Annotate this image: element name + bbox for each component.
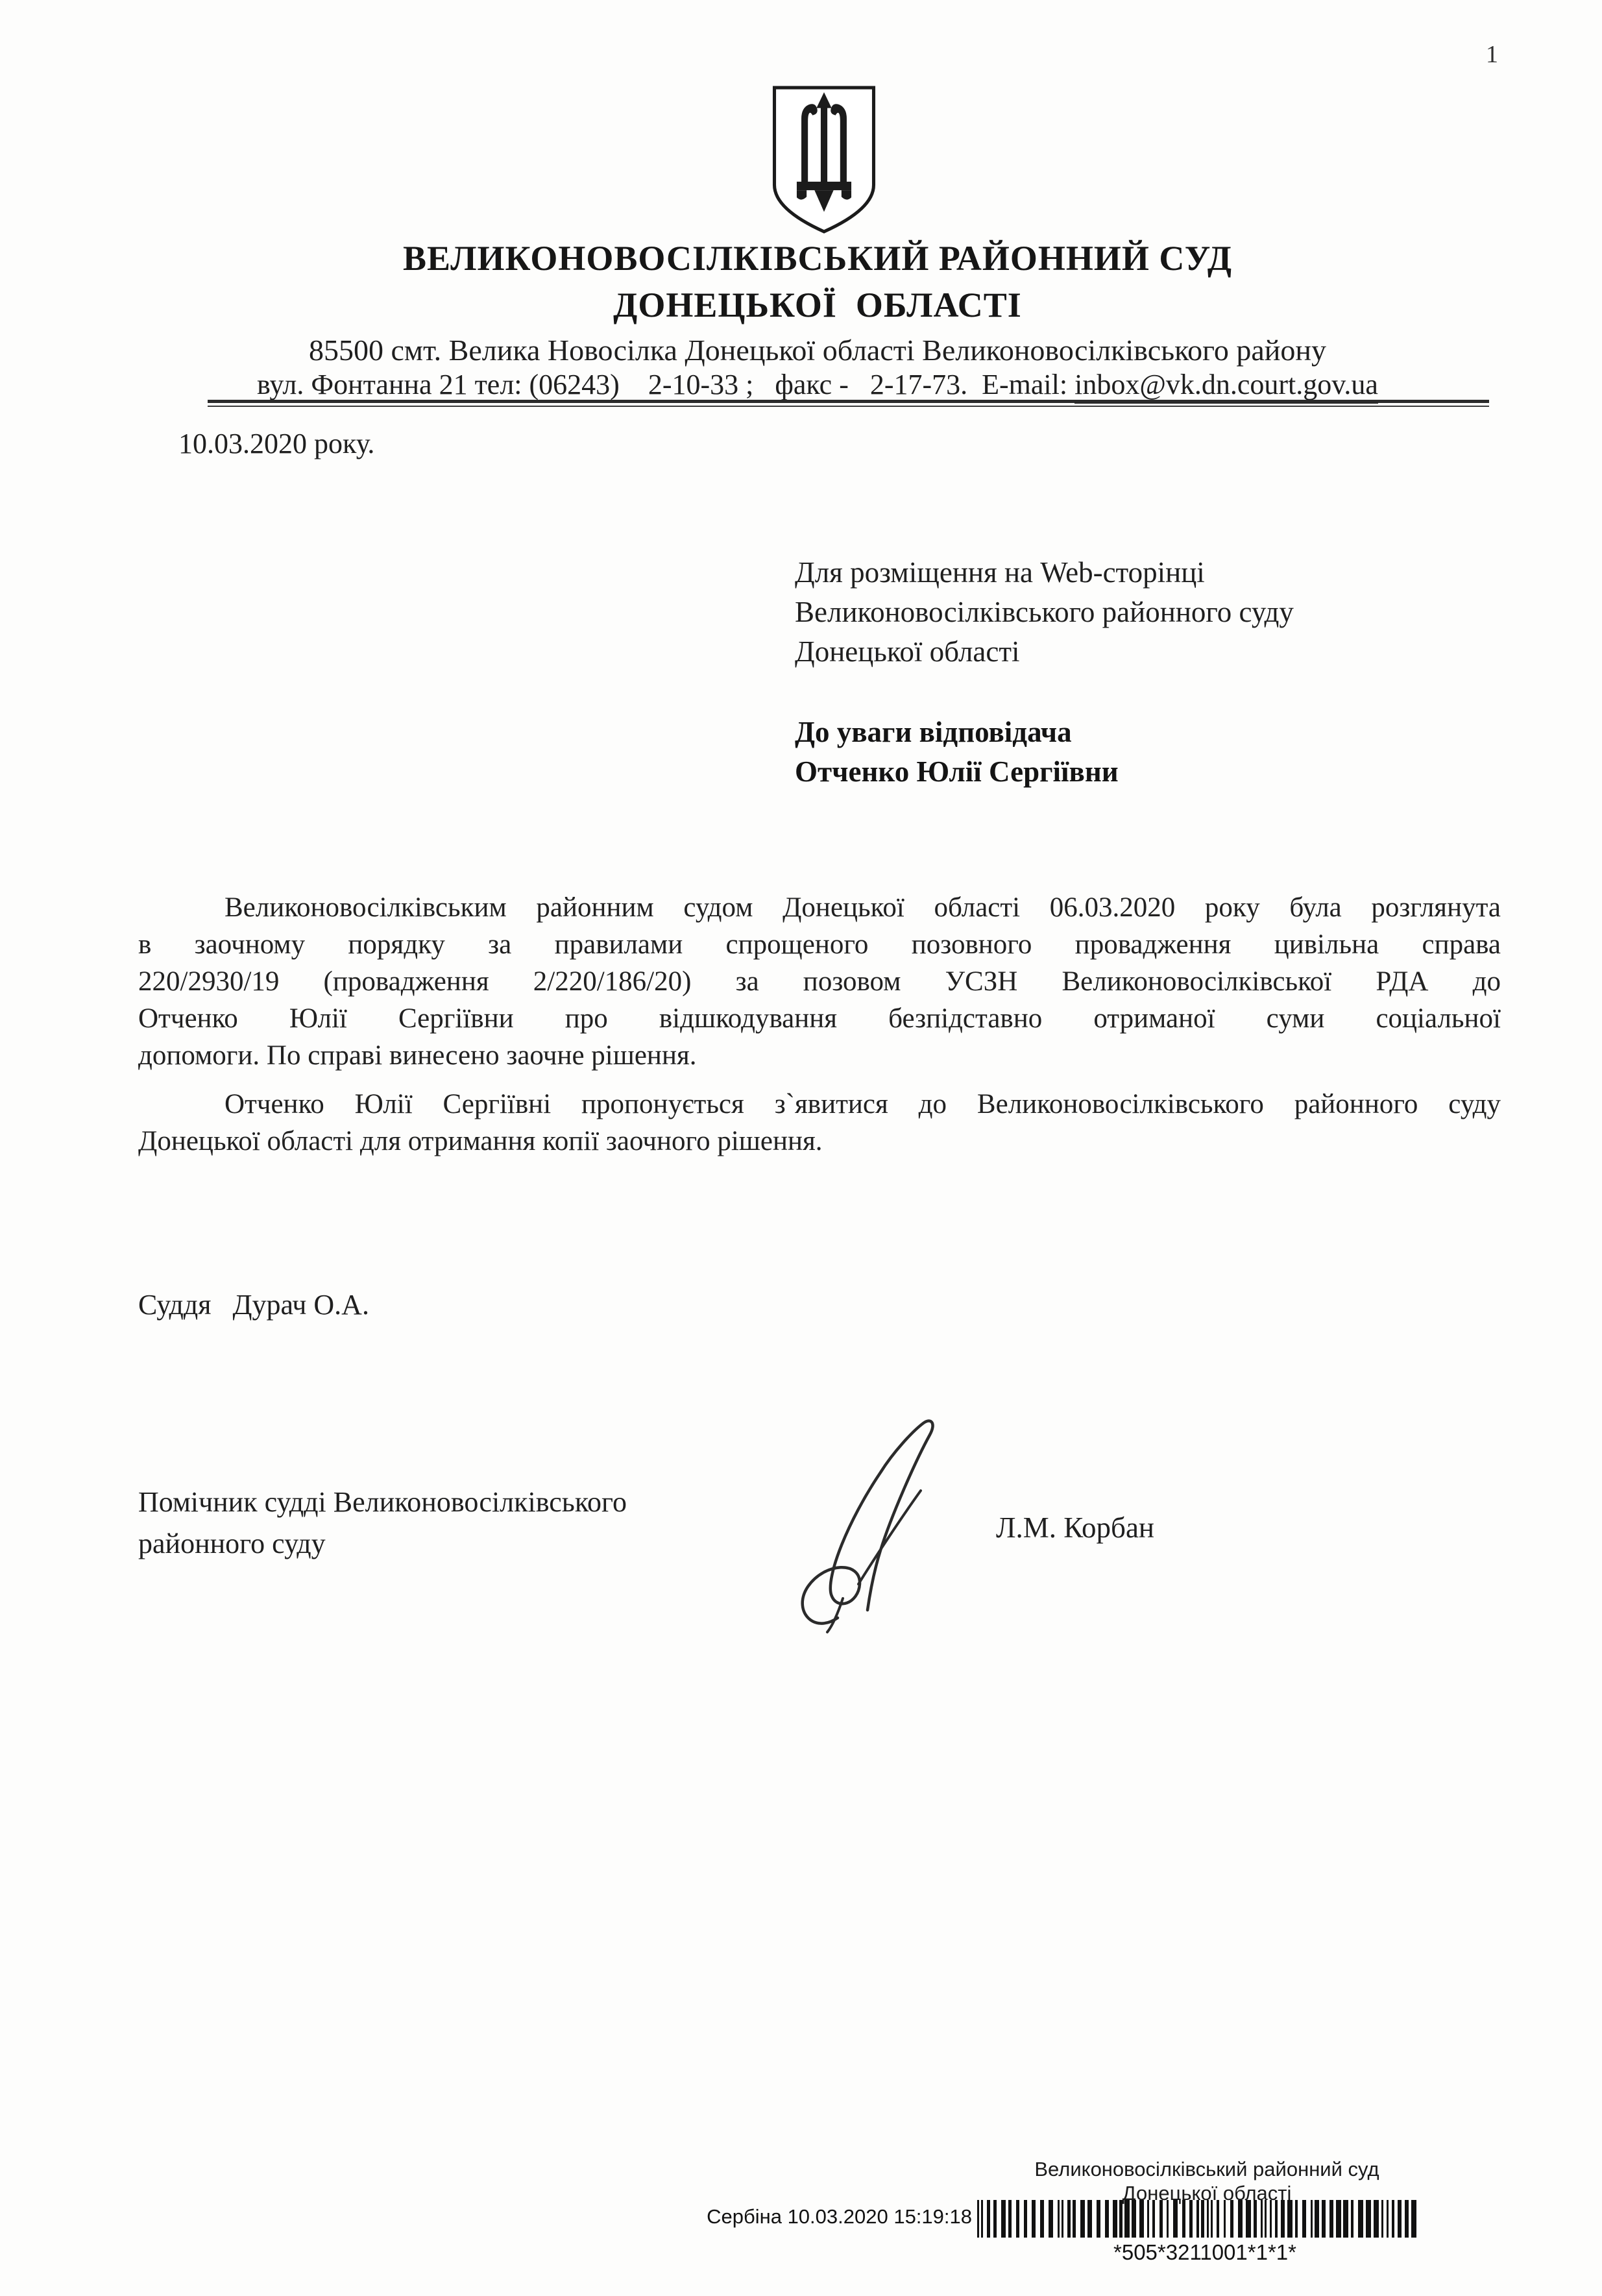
- body-line: в заочному порядку за правилами спрощено…: [138, 926, 1501, 963]
- letterhead: ВЕЛИКОНОВОСІЛКІВСЬКИЙ РАЙОННИЙ СУД ДОНЕЦ…: [117, 235, 1518, 402]
- attention-line1: До уваги відповідача: [795, 713, 1444, 752]
- assistant-title-line2: районного суду: [138, 1523, 722, 1565]
- contacts-prefix: вул. Фонтанна 21 тел: (06243) 2-10-33 ; …: [257, 369, 1074, 400]
- body-paragraph-1: Великоновосілківським районним судом Дон…: [138, 889, 1501, 1074]
- page-number: 1: [1486, 40, 1498, 69]
- court-address-line: 85500 смт. Велика Новосілка Донецької об…: [117, 332, 1518, 368]
- barcode: [977, 2200, 1433, 2238]
- addressee-line2: Великоновосілківського районного суду: [795, 592, 1444, 632]
- handwritten-signature-icon: [775, 1411, 970, 1635]
- assistant-name: Л.М. Корбан: [996, 1511, 1154, 1545]
- court-email: inbox@vk.dn.court.gov.ua: [1074, 369, 1378, 404]
- barcode-text: *505*3211001*1*1*: [977, 2240, 1433, 2265]
- body-line: Отченко Юлії Сергіївні пропонується з`яв…: [138, 1086, 1501, 1123]
- document-date: 10.03.2020 року.: [178, 427, 374, 460]
- body-line: Великоновосілківським районним судом Дон…: [138, 889, 1501, 926]
- addressee-line3: Донецької області: [795, 632, 1444, 672]
- footer-court-line1: Великоновосілківський районний суд: [908, 2157, 1505, 2181]
- letterhead-divider: [208, 400, 1489, 407]
- attention-line2: Отченко Юлії Сергіївни: [795, 752, 1444, 792]
- body-line: Отченко Юлії Сергіївни про відшкодування…: [138, 1000, 1501, 1037]
- letter-body: Великоновосілківським районним судом Дон…: [138, 889, 1501, 1160]
- footer-court-block: Великоновосілківський районний суд Донец…: [908, 2157, 1505, 2205]
- body-line: Донецької області для отримання копії за…: [138, 1123, 1501, 1160]
- assistant-title-line1: Помічник судді Великоновосілківського: [138, 1482, 722, 1523]
- operator-stamp: Сербіна 10.03.2020 15:19:18: [688, 2205, 972, 2229]
- scanned-court-letter: 1 ВЕЛИКОНОВОСІЛКІВСЬКИЙ РАЙОННИЙ СУД ДОН…: [0, 0, 1602, 2296]
- court-name-line2: ДОНЕЦЬКОЇ ОБЛАСТІ: [117, 282, 1518, 328]
- court-name-line1: ВЕЛИКОНОВОСІЛКІВСЬКИЙ РАЙОННИЙ СУД: [117, 235, 1518, 282]
- assistant-title-block: Помічник судді Великоновосілківського ра…: [138, 1482, 722, 1565]
- addressee-line1: Для розміщення на Web-сторінці: [795, 553, 1444, 592]
- body-line: 220/2930/19 (провадження 2/220/186/20) з…: [138, 963, 1501, 1000]
- court-contacts-line: вул. Фонтанна 21 тел: (06243) 2-10-33 ; …: [117, 368, 1518, 402]
- addressee-block: Для розміщення на Web-сторінці Великонов…: [795, 553, 1444, 792]
- body-paragraph-2: Отченко Юлії Сергіївні пропонується з`яв…: [138, 1086, 1501, 1160]
- judge-signature-line: Суддя Дурач О.А.: [138, 1288, 369, 1321]
- ukraine-trident-shield-icon: [770, 84, 878, 235]
- body-line: допомоги. По справі винесено заочне ріше…: [138, 1037, 1501, 1074]
